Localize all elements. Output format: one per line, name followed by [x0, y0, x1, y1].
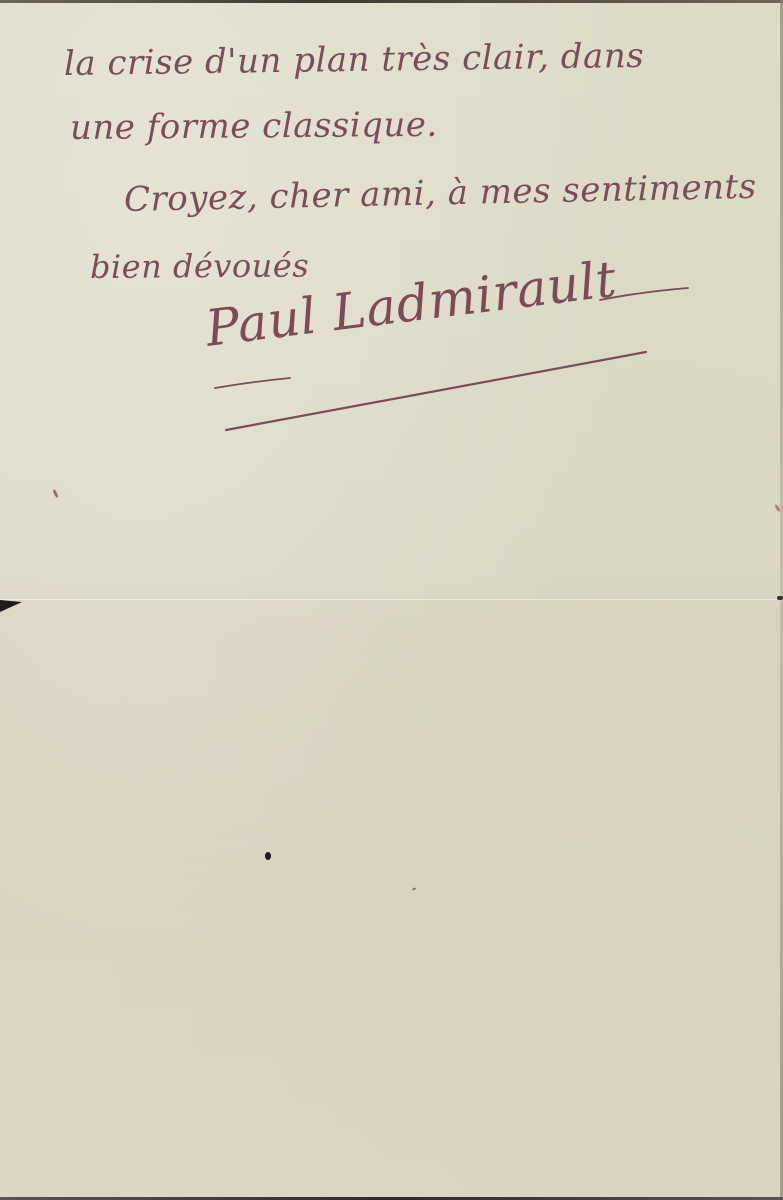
letter-page: la crise d'un plan très clair, dans une … [0, 0, 783, 1200]
ink-spot [265, 852, 271, 860]
paper-fold-line [0, 598, 783, 601]
fold-tear-right [777, 596, 783, 600]
